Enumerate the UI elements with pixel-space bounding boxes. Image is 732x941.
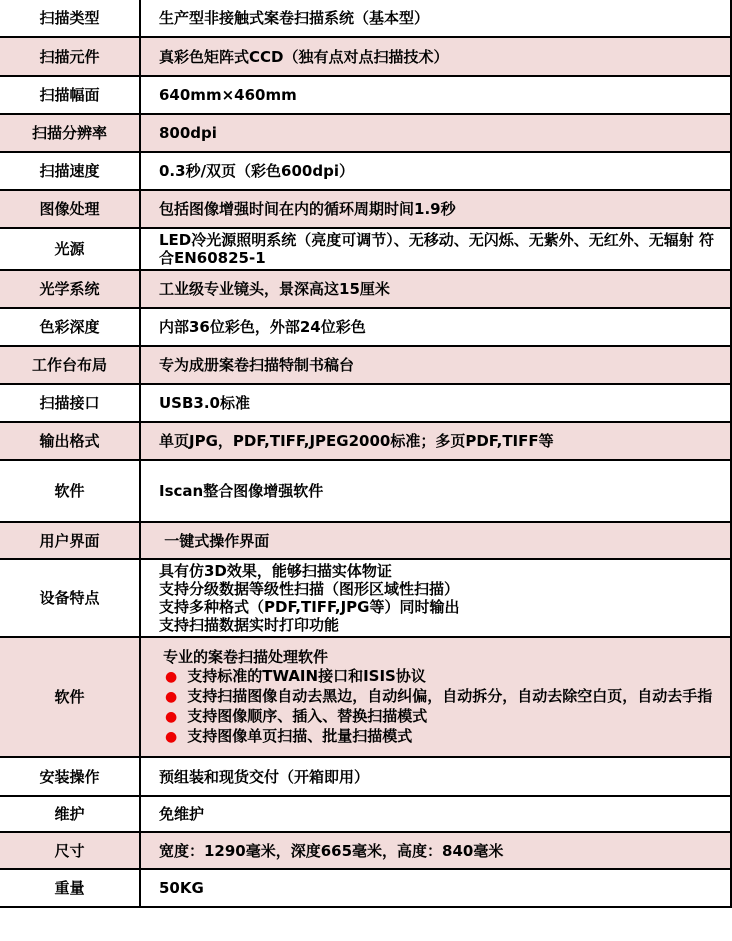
row-label: 重量 — [0, 870, 141, 906]
table-row: 扫描幅面640mm×460mm — [0, 77, 730, 115]
value-line: 工业级专业镜头，景深高这15厘米 — [159, 280, 720, 298]
row-value: 具有仿3D效果，能够扫描实体物证支持分级数据等级性扫描（图形区域性扫描）支持多种… — [141, 560, 730, 636]
row-value: 800dpi — [141, 115, 730, 151]
value-text: 50KG — [159, 879, 204, 897]
value-line: 具有仿3D效果，能够扫描实体物证 — [159, 562, 720, 580]
value-text: 支持图像顺序、插入、替换扫描模式 — [187, 707, 427, 725]
table-row: 光源LED冷光源照明系统（亮度可调节）、无移动、无闪烁、无紫外、无红外、无辐射 … — [0, 229, 730, 271]
value-line: 包括图像增强时间在内的循环周期时间1.9秒 — [159, 200, 720, 218]
row-value: Iscan整合图像增强软件 — [141, 461, 730, 521]
row-value: 一键式操作界面 — [141, 523, 730, 558]
row-value: 50KG — [141, 870, 730, 906]
row-value: 专业的案卷扫描处理软件●支持标准的TWAIN接口和ISIS协议●支持扫描图像自动… — [141, 638, 730, 756]
spec-table: 扫描类型生产型非接触式案卷扫描系统（基本型）扫描元件真彩色矩阵式CCD（独有点对… — [0, 0, 732, 908]
row-value: 单页JPG，PDF,TIFF,JPEG2000标准；多页PDF,TIFF等 — [141, 423, 730, 459]
value-text: 专为成册案卷扫描特制书稿台 — [159, 356, 354, 374]
row-value: 专为成册案卷扫描特制书稿台 — [141, 347, 730, 383]
value-text: 0.3秒/双页（彩色600dpi） — [159, 162, 354, 180]
row-label: 工作台布局 — [0, 347, 141, 383]
value-line: ●支持图像单页扫描、批量扫描模式 — [151, 727, 720, 747]
table-row: 维护免维护 — [0, 797, 730, 833]
value-text: 宽度：1290毫米，深度665毫米，高度：840毫米 — [159, 842, 503, 860]
value-line: 640mm×460mm — [159, 86, 720, 104]
table-row: 扫描分辨率800dpi — [0, 115, 730, 153]
value-line: 支持多种格式（PDF,TIFF,JPG等）同时输出 — [159, 598, 720, 616]
value-text: LED冷光源照明系统（亮度可调节）、无移动、无闪烁、无紫外、无红外、无辐射 符合… — [159, 231, 714, 267]
value-text: 包括图像增强时间在内的循环周期时间1.9秒 — [159, 200, 456, 218]
value-text: 支持标准的TWAIN接口和ISIS协议 — [187, 667, 426, 685]
value-text: 支持图像单页扫描、批量扫描模式 — [187, 727, 412, 745]
table-row: 扫描类型生产型非接触式案卷扫描系统（基本型） — [0, 0, 730, 38]
value-text: 800dpi — [159, 124, 217, 142]
table-row: 光学系统工业级专业镜头，景深高这15厘米 — [0, 271, 730, 309]
value-line: 预组装和现货交付（开箱即用） — [159, 768, 720, 786]
value-line: 专业的案卷扫描处理软件 — [151, 648, 720, 667]
value-text: 支持扫描数据实时打印功能 — [159, 616, 339, 634]
table-row: 输出格式单页JPG，PDF,TIFF,JPEG2000标准；多页PDF,TIFF… — [0, 423, 730, 461]
table-row: 扫描元件真彩色矩阵式CCD（独有点对点扫描技术） — [0, 38, 730, 77]
row-label: 维护 — [0, 797, 141, 831]
value-text: 免维护 — [159, 805, 204, 823]
value-line: 生产型非接触式案卷扫描系统（基本型） — [159, 9, 720, 27]
table-row: 工作台布局专为成册案卷扫描特制书稿台 — [0, 347, 730, 385]
value-line: 真彩色矩阵式CCD（独有点对点扫描技术） — [159, 48, 720, 66]
table-row: 图像处理包括图像增强时间在内的循环周期时间1.9秒 — [0, 191, 730, 229]
row-value: 真彩色矩阵式CCD（独有点对点扫描技术） — [141, 38, 730, 75]
value-text: 640mm×460mm — [159, 86, 297, 104]
row-label: 用户界面 — [0, 523, 141, 558]
bullet-icon: ● — [165, 709, 177, 725]
value-line: USB3.0标准 — [159, 394, 720, 412]
row-value: 预组装和现货交付（开箱即用） — [141, 758, 730, 795]
table-row: 用户界面 一键式操作界面 — [0, 523, 730, 560]
row-label: 扫描元件 — [0, 38, 141, 75]
row-value: 生产型非接触式案卷扫描系统（基本型） — [141, 0, 730, 36]
value-line: ●支持标准的TWAIN接口和ISIS协议 — [151, 667, 720, 687]
value-line: LED冷光源照明系统（亮度可调节）、无移动、无闪烁、无紫外、无红外、无辐射 符合… — [159, 231, 720, 267]
table-row: 重量50KG — [0, 870, 730, 908]
value-line: 800dpi — [159, 124, 720, 142]
value-text: 真彩色矩阵式CCD（独有点对点扫描技术） — [159, 48, 448, 66]
value-text: 支持扫描图像自动去黑边，自动纠偏，自动拆分，自动去除空白页，自动去手指 — [187, 687, 712, 705]
value-text: 内部36位彩色，外部24位彩色 — [159, 318, 366, 336]
row-label: 图像处理 — [0, 191, 141, 227]
value-text: 工业级专业镜头，景深高这15厘米 — [159, 280, 390, 298]
row-label: 尺寸 — [0, 833, 141, 868]
row-label: 光学系统 — [0, 271, 141, 307]
value-line: 单页JPG，PDF,TIFF,JPEG2000标准；多页PDF,TIFF等 — [159, 432, 720, 450]
row-value: 内部36位彩色，外部24位彩色 — [141, 309, 730, 345]
value-text: 专业的案卷扫描处理软件 — [163, 648, 328, 666]
row-label: 扫描接口 — [0, 385, 141, 421]
table-row: 扫描速度0.3秒/双页（彩色600dpi） — [0, 153, 730, 191]
table-row: 尺寸宽度：1290毫米，深度665毫米，高度：840毫米 — [0, 833, 730, 870]
row-label: 色彩深度 — [0, 309, 141, 345]
table-row: 色彩深度内部36位彩色，外部24位彩色 — [0, 309, 730, 347]
row-label: 设备特点 — [0, 560, 141, 636]
table-row: 软件专业的案卷扫描处理软件●支持标准的TWAIN接口和ISIS协议●支持扫描图像… — [0, 638, 730, 758]
row-value: 免维护 — [141, 797, 730, 831]
bullet-icon: ● — [165, 669, 177, 685]
row-label: 扫描幅面 — [0, 77, 141, 113]
row-value: 0.3秒/双页（彩色600dpi） — [141, 153, 730, 189]
value-line: 内部36位彩色，外部24位彩色 — [159, 318, 720, 336]
value-line: 专为成册案卷扫描特制书稿台 — [159, 356, 720, 374]
row-label: 输出格式 — [0, 423, 141, 459]
table-row: 软件Iscan整合图像增强软件 — [0, 461, 730, 523]
table-row: 扫描接口USB3.0标准 — [0, 385, 730, 423]
value-line: 宽度：1290毫米，深度665毫米，高度：840毫米 — [159, 842, 720, 860]
value-text: 生产型非接触式案卷扫描系统（基本型） — [159, 9, 429, 27]
value-text: Iscan整合图像增强软件 — [159, 482, 323, 500]
row-value: LED冷光源照明系统（亮度可调节）、无移动、无闪烁、无紫外、无红外、无辐射 符合… — [141, 229, 730, 269]
table-row: 安装操作预组装和现货交付（开箱即用） — [0, 758, 730, 797]
row-label: 安装操作 — [0, 758, 141, 795]
value-line: 免维护 — [159, 805, 720, 823]
value-text: 支持多种格式（PDF,TIFF,JPG等）同时输出 — [159, 598, 459, 616]
row-label: 软件 — [0, 638, 141, 756]
row-value: USB3.0标准 — [141, 385, 730, 421]
value-text: 一键式操作界面 — [159, 532, 269, 550]
row-value: 640mm×460mm — [141, 77, 730, 113]
row-label: 扫描速度 — [0, 153, 141, 189]
row-label: 扫描分辨率 — [0, 115, 141, 151]
row-label: 软件 — [0, 461, 141, 521]
value-text: 单页JPG，PDF,TIFF,JPEG2000标准；多页PDF,TIFF等 — [159, 432, 554, 450]
bullet-icon: ● — [165, 689, 177, 705]
row-value: 包括图像增强时间在内的循环周期时间1.9秒 — [141, 191, 730, 227]
value-line: ●支持图像顺序、插入、替换扫描模式 — [151, 707, 720, 727]
value-line: 0.3秒/双页（彩色600dpi） — [159, 162, 720, 180]
value-text: 具有仿3D效果，能够扫描实体物证 — [159, 562, 392, 580]
value-line: 50KG — [159, 879, 720, 897]
bullet-icon: ● — [165, 729, 177, 745]
value-line: 一键式操作界面 — [159, 532, 720, 550]
value-line: 支持扫描数据实时打印功能 — [159, 616, 720, 634]
value-line: ●支持扫描图像自动去黑边，自动纠偏，自动拆分，自动去除空白页，自动去手指 — [151, 687, 720, 707]
value-text: 预组装和现货交付（开箱即用） — [159, 768, 369, 786]
row-label: 光源 — [0, 229, 141, 269]
value-line: 支持分级数据等级性扫描（图形区域性扫描） — [159, 580, 720, 598]
row-label: 扫描类型 — [0, 0, 141, 36]
value-text: USB3.0标准 — [159, 394, 250, 412]
value-text: 支持分级数据等级性扫描（图形区域性扫描） — [159, 580, 459, 598]
row-value: 工业级专业镜头，景深高这15厘米 — [141, 271, 730, 307]
table-row: 设备特点具有仿3D效果，能够扫描实体物证支持分级数据等级性扫描（图形区域性扫描）… — [0, 560, 730, 638]
row-value: 宽度：1290毫米，深度665毫米，高度：840毫米 — [141, 833, 730, 868]
value-line: Iscan整合图像增强软件 — [159, 482, 720, 500]
